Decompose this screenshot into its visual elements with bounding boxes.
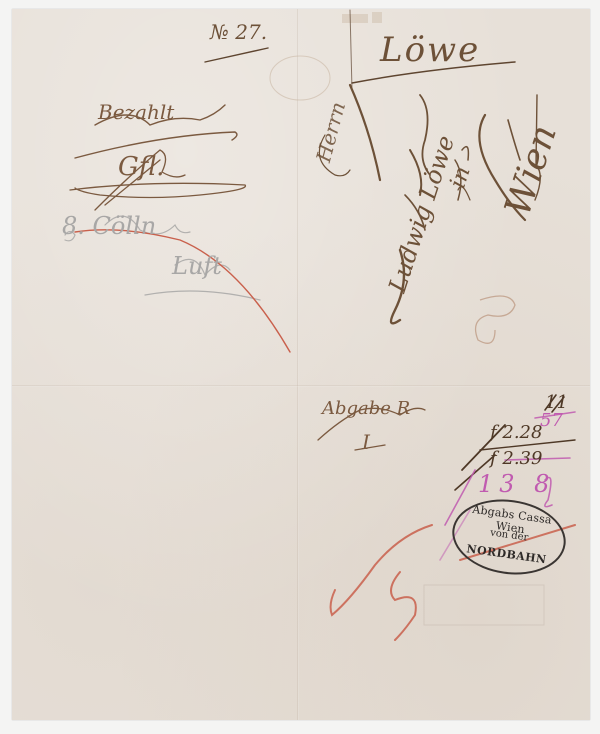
pencil-note: 8. Cölln [62,212,156,240]
faint-rectangle [424,585,544,625]
amount-row2: f 2.39 [490,448,542,469]
faded-eight [476,296,515,343]
pink-figures: 13 8 [478,470,555,498]
amount-row1-corrected: 57 [540,410,563,431]
amount-row1: f 2.28 [490,422,542,443]
middle-note-numeral: I [362,430,370,454]
left-note-top: Bezahlt [98,100,174,124]
number-label-strokes [205,48,268,62]
faint-circle-imprint [270,56,330,100]
addressee-surname: Löwe [380,30,480,70]
left-note-signature: Gfl. [118,152,164,182]
pencil-note-2: Luft [172,252,222,280]
middle-note: Abgabe R [322,398,410,419]
handwriting-strokes [0,0,600,734]
faded-printed-header [342,12,382,23]
number-label: № 27. [210,20,267,44]
